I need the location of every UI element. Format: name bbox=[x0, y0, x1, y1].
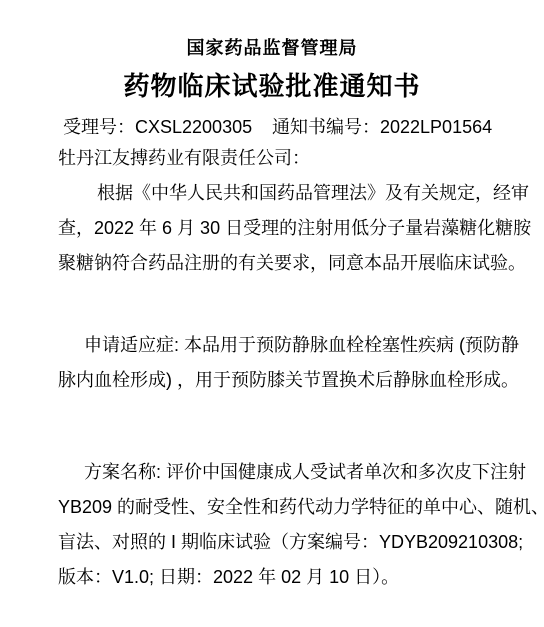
text-line: 查，2022 年 6 月 30 日受理的注射用低分子量岩藻糖化糖胺 bbox=[58, 211, 544, 246]
meta-row: 受理号：CXSL2200305 通知书编号：2022LP01564 bbox=[63, 113, 544, 141]
indication-paragraph: 申请适应症: 本品用于预防静脉血栓栓塞性疾病 (预防静 脉内血栓形成) ，用于预… bbox=[58, 328, 544, 398]
acceptance-number: 受理号：CXSL2200305 bbox=[63, 113, 272, 141]
addressee: 牡丹江友搏药业有限责任公司： bbox=[58, 141, 544, 176]
approval-paragraph: 根据《中华人民共和国药品管理法》及有关规定，经审 查，2022 年 6 月 30… bbox=[58, 176, 544, 281]
text-line: 根据《中华人民共和国药品管理法》及有关规定，经审 bbox=[58, 176, 544, 211]
text-line: 方案名称: 评价中国健康成人受试者单次和多次皮下注射 bbox=[58, 455, 544, 490]
text-line: YB209 的耐受性、安全性和药代动力学特征的单中心、随机、 bbox=[58, 490, 544, 525]
notice-number: 通知书编号：2022LP01564 bbox=[272, 113, 492, 141]
issuing-authority: 国家药品监督管理局 bbox=[0, 0, 544, 58]
text-line: 版本：V1.0; 日期：2022 年 02 月 10 日）。 bbox=[58, 560, 544, 595]
text-line: 申请适应症: 本品用于预防静脉血栓栓塞性疾病 (预防静 bbox=[58, 328, 544, 363]
acceptance-number-label: 受理号： bbox=[63, 117, 135, 137]
text-line: 聚糖钠符合药品注册的有关要求，同意本品开展临床试验。 bbox=[58, 246, 544, 281]
document-title: 药物临床试验批准通知书 bbox=[0, 71, 544, 101]
text-line: 盲法、对照的 I 期临床试验（方案编号：YDYB209210308; bbox=[58, 525, 544, 560]
notice-number-value: 2022LP01564 bbox=[380, 117, 492, 137]
protocol-paragraph: 方案名称: 评价中国健康成人受试者单次和多次皮下注射 YB209 的耐受性、安全… bbox=[58, 455, 544, 595]
document-page: 国家药品监督管理局 药物临床试验批准通知书 受理号：CXSL2200305 通知… bbox=[0, 0, 544, 627]
notice-number-label: 通知书编号： bbox=[272, 117, 380, 137]
text-line: 脉内血栓形成) ，用于预防膝关节置换术后静脉血栓形成。 bbox=[58, 363, 544, 398]
acceptance-number-value: CXSL2200305 bbox=[135, 117, 252, 137]
document-body: 牡丹江友搏药业有限责任公司： 根据《中华人民共和国药品管理法》及有关规定，经审 … bbox=[58, 141, 544, 595]
